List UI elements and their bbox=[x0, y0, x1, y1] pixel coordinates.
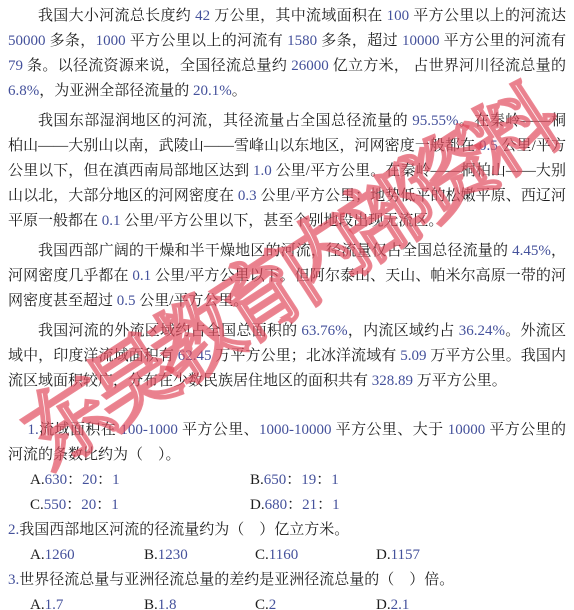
question-2-option-b: B.1230 bbox=[144, 543, 255, 568]
question-3-option-c: C.2 bbox=[255, 593, 376, 610]
question-1: 1.流域面积在 100-1000 平方公里、1000-10000 平方公里、大于… bbox=[8, 418, 566, 518]
question-3: 3.世界径流总量与亚洲径流总量的差约是亚洲径流总量的（ ）倍。 A.1.7 B.… bbox=[8, 568, 566, 610]
question-2-option-d: D.1157 bbox=[376, 543, 566, 568]
question-2: 2.我国西部地区河流的径流量约为（ ）亿立方米。 A.1260 B.1230 C… bbox=[8, 518, 566, 568]
question-1-option-d: D.680：21：1 bbox=[250, 493, 566, 518]
passage-paragraph-2: 我国东部湿润地区的河流，其径流量占全国总径流量的 95.55%。在秦岭——桐柏山… bbox=[8, 109, 566, 234]
passage-paragraph-3: 我国西部广阔的干燥和半干燥地区的河流，径流量仅占全国总径流量的 4.45%，河网… bbox=[8, 239, 566, 314]
question-3-stem: 3.世界径流总量与亚洲径流总量的差约是亚洲径流总量的（ ）倍。 bbox=[8, 568, 566, 593]
passage: 我国大小河流总长度约 42 万公里，其中流域面积在 100 平方公里以上的河流达… bbox=[8, 4, 566, 394]
question-1-options: A.630：20：1 B.650：19：1 C.550：20：1 D.680：2… bbox=[30, 468, 566, 518]
question-2-option-c: C.1160 bbox=[255, 543, 376, 568]
question-2-option-a: A.1260 bbox=[30, 543, 144, 568]
questions-section: 1.流域面积在 100-1000 平方公里、1000-10000 平方公里、大于… bbox=[8, 418, 566, 610]
document-page: 我国大小河流总长度约 42 万公里，其中流域面积在 100 平方公里以上的河流达… bbox=[0, 0, 574, 610]
question-1-option-b: B.650：19：1 bbox=[250, 468, 566, 493]
question-2-options: A.1260 B.1230 C.1160 D.1157 bbox=[30, 543, 566, 568]
question-3-option-b: B.1.8 bbox=[144, 593, 255, 610]
question-3-options: A.1.7 B.1.8 C.2 D.2.1 bbox=[30, 593, 566, 610]
question-1-option-a: A.630：20：1 bbox=[30, 468, 250, 493]
passage-paragraph-1: 我国大小河流总长度约 42 万公里，其中流域面积在 100 平方公里以上的河流达… bbox=[8, 4, 566, 104]
question-1-option-c: C.550：20：1 bbox=[30, 493, 250, 518]
question-3-option-a: A.1.7 bbox=[30, 593, 144, 610]
question-3-option-d: D.2.1 bbox=[376, 593, 566, 610]
question-1-stem: 1.流域面积在 100-1000 平方公里、1000-10000 平方公里、大于… bbox=[8, 418, 566, 468]
passage-paragraph-4: 我国河流的外流区域约占全国总面积的 63.76%，内流区域约占 36.24%。外… bbox=[8, 319, 566, 394]
question-2-stem: 2.我国西部地区河流的径流量约为（ ）亿立方米。 bbox=[8, 518, 566, 543]
